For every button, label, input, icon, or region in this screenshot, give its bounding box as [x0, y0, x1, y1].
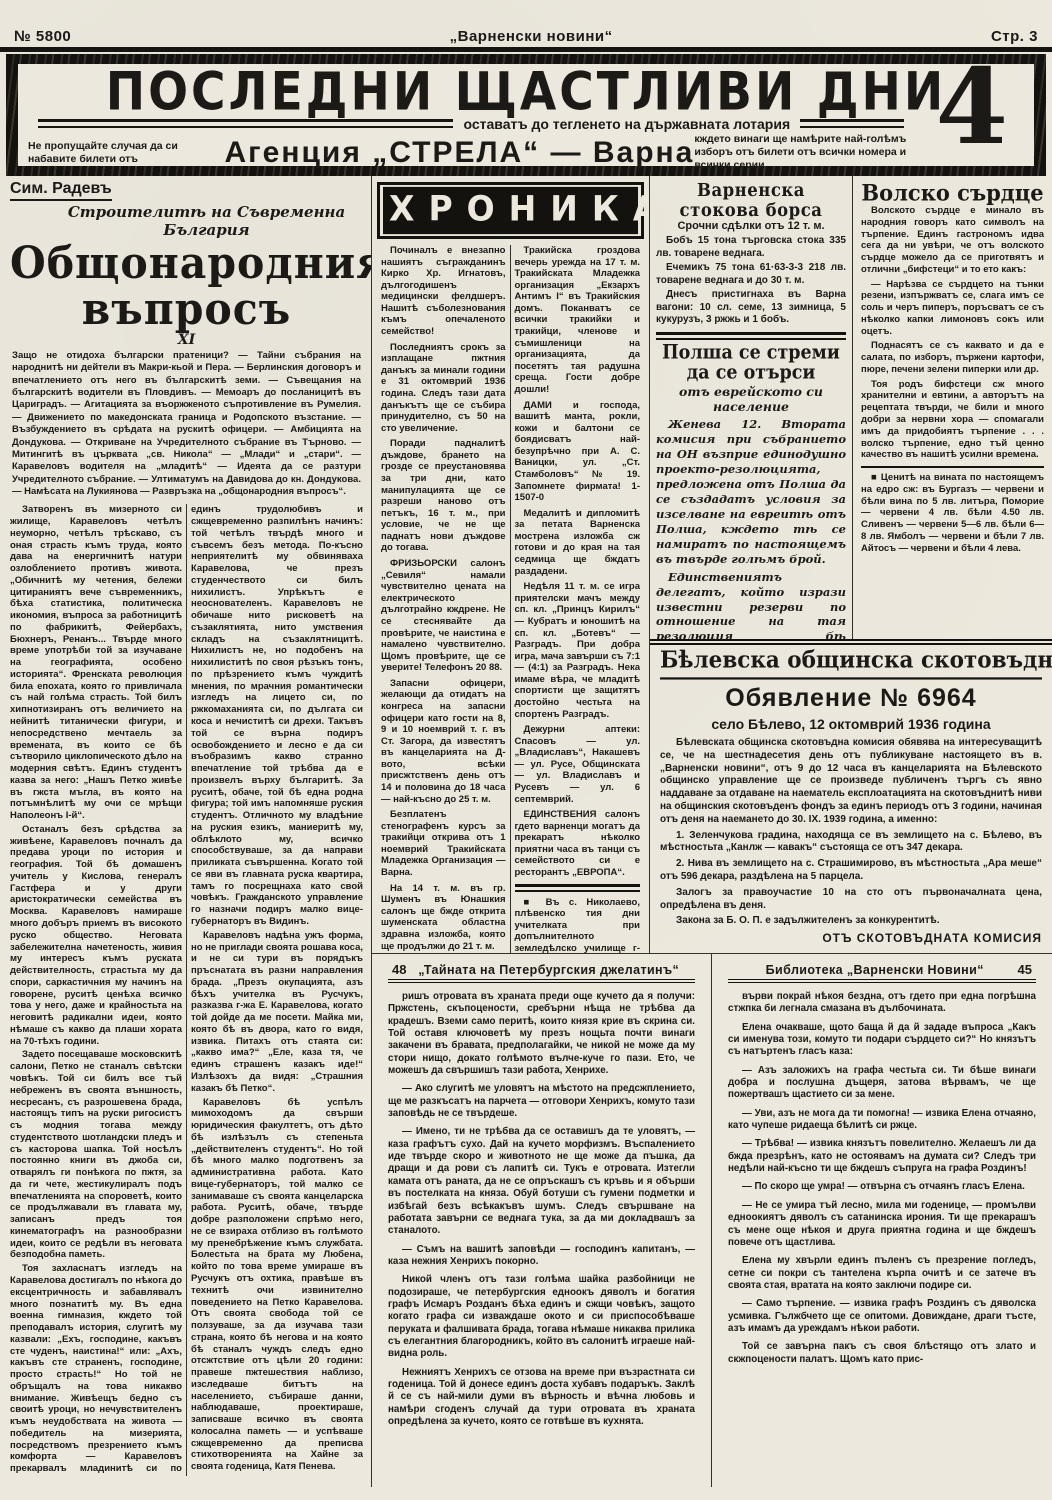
paragraph: ЕДИНСТВЕНИЯ салонъ гдето варненци могатъ… — [515, 809, 641, 878]
paragraph: — Уви, азъ не мога да ти помогна! — изви… — [728, 1108, 1036, 1133]
right-area: ХРОНИКА Починалъ е внезапно нашиятъ съгр… — [372, 176, 1052, 1487]
paragraph: върви покрай нѣкоя бездна, отъ гдето при… — [728, 991, 1036, 1016]
chronicle-right-lower: ■ Въ с. Николаево, плѣвенско тия дни учи… — [515, 897, 641, 953]
announcement-signature: ОТЪ СКОТОВЪДНАТА КОМИСИЯ — [660, 931, 1042, 945]
oxheart-and-wine-column: Волско сърдце Волското сърдце е минало в… — [853, 176, 1052, 639]
paragraph: Залогъ за правоучастие 10 на сто отъ пър… — [660, 887, 1042, 913]
announcement-section: Бѣлевска общинска скотовъдна комисия – В… — [650, 639, 1052, 953]
paragraph: Затворенъ въ мизерното си жилище, Караве… — [10, 504, 182, 822]
series-title: Строителитѣ на Съвременна България — [50, 203, 363, 239]
novel-left-body: ришъ отровата въ храната преди още кучет… — [388, 991, 695, 1428]
wine-prices: ■ Ценитѣ на вината по настоящемъ на едро… — [861, 472, 1044, 554]
novel-left-page-number: 48 — [392, 962, 406, 977]
serial-novel-section: 48 „Тайната на Петербургския джелатинъ“ … — [372, 953, 1052, 1487]
paragraph: Тракийска гроздова вечерь урежда на 17 т… — [515, 245, 641, 396]
paragraph: Нежниятъ Хенрихъ се отзова на време при … — [388, 1367, 695, 1429]
paragraph: Бобъ 15 тона търговска стока 335 лв. тов… — [656, 235, 846, 260]
novel-right-title: Библиотека „Варненски Новини“ — [766, 963, 984, 977]
bourse-subtitle: Срочни сдѣлки отъ 12 т. м. — [656, 220, 846, 232]
paragraph: Запасни офицери, желающи да отидатъ на к… — [381, 678, 506, 805]
paragraph: Закона за Б. О. П. е задължителенъ за ко… — [660, 915, 1042, 928]
chronicle-column-left: Починалъ е внезапно нашиятъ съгражданинъ… — [377, 245, 511, 953]
lottery-ad: ПОСЛЕДНИ ЩАСТЛИВИ ДНИ 4 оставатъ до тегл… — [6, 54, 1046, 176]
paragraph: — Ако слугитѣ ме уловятъ на мѣстото на п… — [388, 1083, 695, 1120]
announcement-dateline: село Бѣлево, 12 октомврий 1936 година — [660, 716, 1042, 732]
masthead-title: „Варненски новини“ — [450, 28, 613, 45]
paragraph: — Не се умира тъй лесно, мила ми годениц… — [728, 1200, 1036, 1249]
paragraph: 2. Нива въ землището на с. Страшимирово,… — [660, 858, 1042, 884]
paragraph: — По скоро ще умра! — отвърна съ отчаянъ… — [728, 1181, 1036, 1193]
bourse-body: Бобъ 15 тона търговска стока 335 лв. тов… — [656, 235, 846, 327]
paragraph: Последниятъ срокъ за изплащане пжтния да… — [381, 342, 506, 435]
paragraph: 1. Зеленчукова градина, находяща се въ з… — [660, 830, 1042, 856]
paragraph: Поднасятъ се съ каквато и да е салата, п… — [861, 340, 1044, 375]
novel-right-header: Библиотека „Варненски Новини“ 45 — [728, 962, 1036, 983]
oxheart-body: Волското сърдце е минало въ народния гов… — [861, 205, 1044, 461]
paragraph: Безплатенъ стенографенъ курсъ за тракийц… — [381, 809, 506, 878]
paragraph: ДАМИ и господа, вашитѣ манта, рокли, кож… — [515, 400, 641, 504]
chronicle-right-upper: Тракийска гроздова вечерь урежда на 17 т… — [515, 245, 641, 879]
paragraph: Останалъ безъ срѣдства за живѣене, Карав… — [10, 824, 182, 1048]
poland-body: Женева 12. Втората комисия при събраниет… — [656, 417, 846, 639]
announcement-title: Обявление № 6964 — [660, 684, 1042, 713]
novel-left-header: 48 „Тайната на Петербургския джелатинъ“ — [388, 962, 695, 983]
paragraph: ■ Въ с. Николаево, плѣвенско тия дни учи… — [515, 897, 641, 953]
chronicle-section: ХРОНИКА Починалъ е внезапно нашиятъ съгр… — [372, 176, 650, 953]
lottery-right-note: кждето винаги ще намѣрите най-голѣмъ изб… — [694, 133, 934, 172]
paragraph: — Азъ заложихъ на графа честьта си. Ти б… — [728, 1065, 1036, 1102]
top-row: ХРОНИКА Починалъ е внезапно нашиятъ съгр… — [372, 176, 1052, 953]
poland-subtitle: отъ еврейското си население — [656, 384, 846, 414]
paragraph: Каравеловъ надѣна ужъ форма, но не пригл… — [191, 930, 363, 1095]
novel-left-title: „Тайната на Петербургския джелатинъ“ — [418, 963, 679, 977]
announcement-banner: Бѣлевска общинска скотовъдна комисия – В… — [660, 645, 1042, 679]
paragraph: Каравеловъ бѣ успѣлъ мимоходомъ да свърш… — [191, 1097, 363, 1474]
lottery-left-note: Не пропущайте случая да си набавите биле… — [28, 140, 225, 166]
paragraph: ФРИЗЬОРСКИ салонъ „Севиля“ намали чувств… — [381, 558, 506, 674]
paragraph: На 14 т. м. въ гр. Шуменъ въ Юнашкия сал… — [381, 883, 506, 952]
lottery-agency: Агенция „СТРЕЛА“ — Варна — [225, 136, 695, 170]
novel-left-page: 48 „Тайната на Петербургския джелатинъ“ … — [372, 954, 712, 1487]
paragraph: Тоя родъ бифстеци сж много хранителни и … — [861, 379, 1044, 461]
paragraph: Елена му хвърли единъ пъленъ съ презрени… — [728, 1255, 1036, 1292]
masthead: № 5800 „Варненски новини“ Стр. 3 — [0, 0, 1052, 52]
paragraph: — Съмъ на вашитѣ заповѣди — господинъ ка… — [388, 1244, 695, 1269]
oxheart-title: Волско сърдце — [861, 179, 1044, 205]
paragraph: ришъ отровата въ храната преди още кучет… — [388, 991, 695, 1077]
issue-number: № 5800 — [14, 28, 71, 45]
lottery-agency-row: Не пропущайте случая да си набавите биле… — [28, 133, 1024, 172]
lottery-days-number: 4 — [936, 60, 1008, 154]
paragraph: — Имено, ти не трѣбва да се оставишъ да … — [388, 1126, 695, 1237]
paragraph: Поради падналитѣ дъждове, брането на гро… — [381, 438, 506, 554]
novel-right-page-number: 45 — [1018, 962, 1032, 977]
article-title: Общонародния въпросъ — [10, 240, 363, 333]
lottery-ad-inner: ПОСЛЕДНИ ЩАСТЛИВИ ДНИ 4 оставатъ до тегл… — [18, 64, 1034, 166]
newspaper-page: № 5800 „Варненски новини“ Стр. 3 ПОСЛЕДН… — [0, 0, 1052, 1500]
paragraph: — Нарѣзва се сърдцето на тънки резени, и… — [861, 279, 1044, 338]
bourse-title: Варненска стокова борса — [656, 180, 846, 220]
paragraph: Задето посещаваше московскитѣ салони, Пе… — [10, 1049, 182, 1261]
feature-article: Сим. Радевъ Строителитѣ на Съвременна Бъ… — [0, 176, 372, 1487]
article-body: Затворенъ въ мизерното си жилище, Караве… — [10, 504, 363, 1476]
paragraph: — Само търпение. — извика графъ Роздинъ … — [728, 1298, 1036, 1335]
divider — [515, 884, 641, 892]
divider — [656, 332, 846, 340]
novel-right-body: върви покрай нѣкоя бездна, отъ гдето при… — [728, 991, 1036, 1366]
chronicle-title: ХРОНИКА — [383, 187, 638, 234]
paragraph: Недѣля 11 т. м. се игра приятелски мачъ … — [515, 581, 641, 720]
chronicle-column-right: Тракийска гроздова вечерь урежда на 17 т… — [511, 245, 645, 953]
announcement-body: Бѣлевската общинска скотовъдна комисия о… — [660, 737, 1042, 928]
paragraph: Днесъ пристигнаха въ Варна вагони: 10 сл… — [656, 289, 846, 327]
chronicle-banner-frame: ХРОНИКА — [377, 182, 644, 239]
divider — [861, 466, 1044, 468]
paragraph: Женева 12. Втората комисия при събраниет… — [656, 417, 846, 566]
paragraph: Ечемикъ 75 тона 61·63-3-3 218 лв. товаре… — [656, 262, 846, 287]
paragraph: — Трѣбва! — извика князътъ повелително. … — [728, 1138, 1036, 1175]
paragraph: Бѣлевската общинска скотовъдна комисия о… — [660, 737, 1042, 827]
right-news: Варненска стокова борса Срочни сдѣлки от… — [650, 176, 1052, 953]
bourse-and-poland-column: Варненска стокова борса Срочни сдѣлки от… — [650, 176, 853, 639]
paragraph: Починалъ е внезапно нашиятъ съгражданинъ… — [381, 245, 506, 338]
paragraph: ■ Ценитѣ на вината по настоящемъ на едро… — [861, 472, 1044, 554]
byline: Сим. Радевъ — [10, 180, 112, 201]
article-lede: Защо не отидоха български пратеници? — Т… — [10, 350, 363, 498]
paragraph: Никой членъ отъ тази голѣма шайка разбой… — [388, 1274, 695, 1360]
paragraph: Елена очакваше, щото баща й да й зададе … — [728, 1022, 1036, 1059]
paragraph: Той се завърна пакъ съ своя блѣстящо отъ… — [728, 1341, 1036, 1366]
lottery-headline-row: ПОСЛЕДНИ ЩАСТЛИВИ ДНИ — [28, 66, 1024, 114]
content-grid: Сим. Радевъ Строителитѣ на Съвременна Бъ… — [0, 176, 1052, 1487]
lottery-headline: ПОСЛЕДНИ ЩАСТЛИВИ ДНИ — [106, 66, 946, 120]
paragraph: Дежурни аптеки: Спасовъ — ул. „Владислав… — [515, 724, 641, 805]
paragraph: Медалитѣ и дипломитѣ за петата Варненска… — [515, 508, 641, 577]
paragraph: Единствениятъ делегатъ, който изрази изв… — [656, 570, 846, 639]
paragraph: Волското сърдце е минало въ народния гов… — [861, 205, 1044, 276]
novel-right-page: Библиотека „Варненски Новини“ 45 върви п… — [712, 954, 1052, 1487]
news-columns: Варненска стокова борса Срочни сдѣлки от… — [650, 176, 1052, 639]
page-number: Стр. 3 — [991, 28, 1038, 45]
poland-title: Полша се стреми да се отърси — [656, 343, 846, 383]
chronicle-columns: Починалъ е внезапно нашиятъ съгражданинъ… — [372, 243, 649, 953]
